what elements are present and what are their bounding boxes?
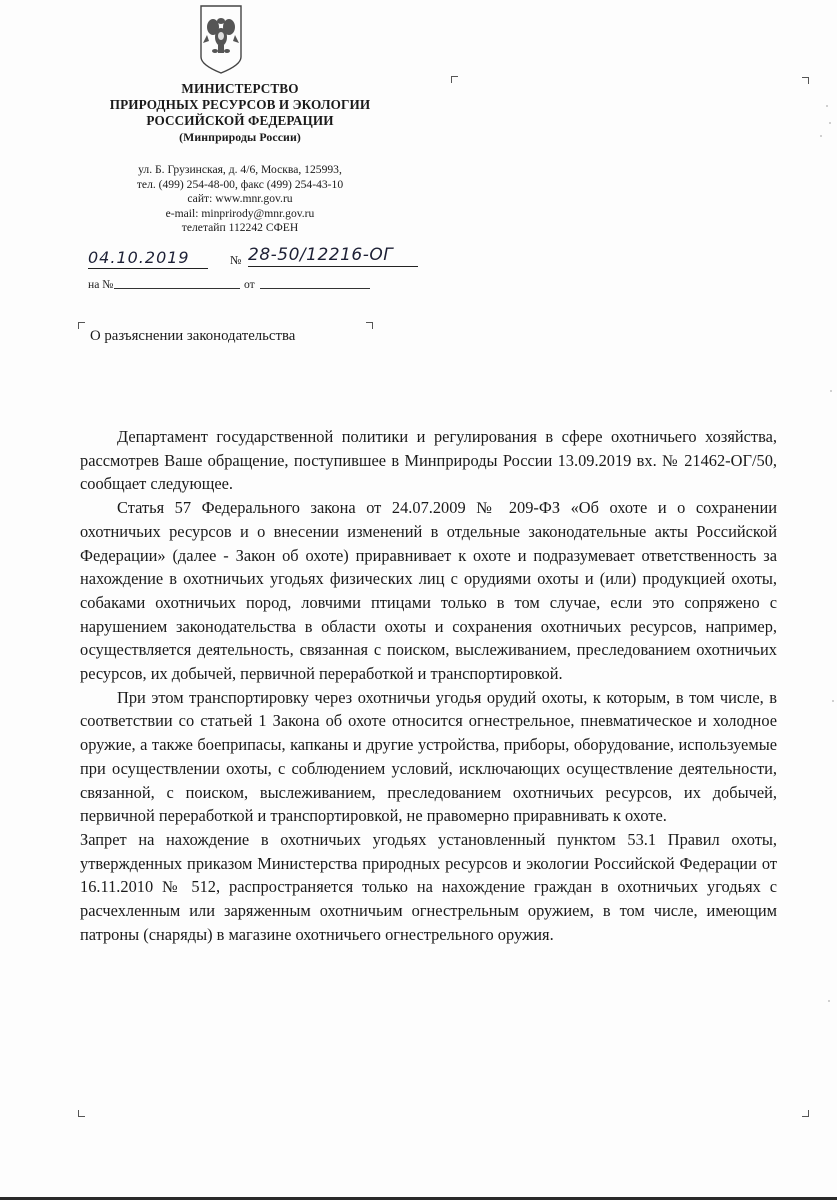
- scan-speck: [826, 105, 828, 107]
- body-paragraph: При этом транспортировку через охотничьи…: [80, 686, 777, 828]
- reply-number-blank: [114, 288, 240, 289]
- coat-of-arms-icon: [197, 3, 245, 75]
- email-line: e-mail: minprirody@mnr.gov.ru: [60, 207, 420, 222]
- reply-from-label: от: [244, 278, 255, 291]
- registration-line: 04.10.2019 № 28-50/12216-ОГ: [88, 248, 428, 270]
- org-line-1: МИНИСТЕРСТВО: [80, 81, 400, 97]
- scan-speck: [820, 135, 822, 137]
- handwritten-outgoing-number: 28-50/12216-ОГ: [248, 244, 418, 267]
- scan-speck: [830, 390, 832, 392]
- letter-body: Департамент государственной политики и р…: [80, 425, 777, 946]
- body-corner-mark: [78, 1110, 85, 1117]
- org-abbreviation: (Минприроды России): [80, 129, 400, 145]
- contact-block: ул. Б. Грузинская, д. 4/6, Москва, 12599…: [60, 163, 420, 236]
- address-corner-mark: [451, 76, 458, 83]
- organization-name: МИНИСТЕРСТВО ПРИРОДНЫХ РЕСУРСОВ И ЭКОЛОГ…: [80, 81, 400, 145]
- phone-fax-line: тел. (499) 254-48-00, факс (499) 254-43-…: [60, 178, 420, 193]
- reply-to-label: на №: [88, 278, 113, 291]
- address-corner-mark: [802, 77, 809, 84]
- teletype-line: телетайп 112242 СФЕН: [60, 221, 420, 236]
- letter-subject: О разъяснении законодательства: [90, 328, 295, 345]
- address-line: ул. Б. Грузинская, д. 4/6, Москва, 12599…: [60, 163, 420, 178]
- scan-speck: [829, 122, 831, 124]
- document-page: МИНИСТЕРСТВО ПРИРОДНЫХ РЕСУРСОВ И ЭКОЛОГ…: [0, 0, 837, 1200]
- org-line-2: ПРИРОДНЫХ РЕСУРСОВ И ЭКОЛОГИИ: [80, 97, 400, 113]
- reply-reference-line: на № от: [88, 278, 388, 294]
- org-line-3: РОССИЙСКОЙ ФЕДЕРАЦИИ: [80, 113, 400, 129]
- reply-date-blank: [260, 288, 370, 289]
- subject-corner-mark: [78, 322, 85, 329]
- handwritten-date: 04.10.2019: [88, 248, 208, 269]
- website-line: сайт: www.mnr.gov.ru: [60, 192, 420, 207]
- body-paragraph: Департамент государственной политики и р…: [80, 425, 777, 496]
- body-corner-mark: [802, 1110, 809, 1117]
- subject-corner-mark: [366, 322, 373, 329]
- body-paragraph: Статья 57 Федерального закона от 24.07.2…: [80, 496, 777, 686]
- scan-speck: [832, 700, 834, 702]
- scan-speck: [600, 740, 602, 742]
- scan-speck: [828, 1000, 830, 1002]
- body-paragraph: Запрет на нахождение в охотничьих угодья…: [80, 828, 777, 947]
- number-label: №: [230, 253, 241, 268]
